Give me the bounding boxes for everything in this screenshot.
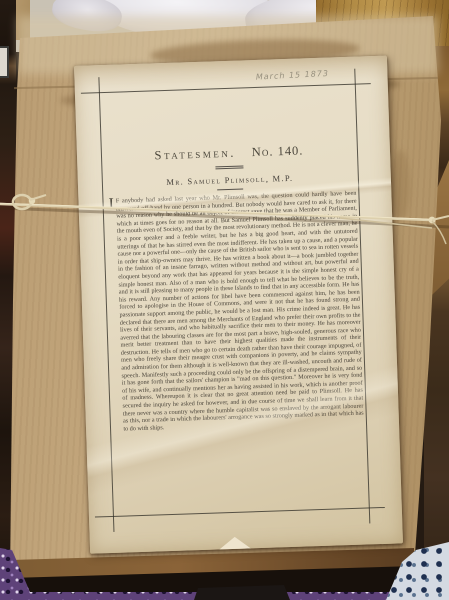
photo-scene: March 15 1873 Statesmen.No. 140. Mr. Sam… bbox=[0, 0, 449, 600]
string-knot-left bbox=[13, 195, 31, 209]
string bbox=[0, 0, 449, 600]
